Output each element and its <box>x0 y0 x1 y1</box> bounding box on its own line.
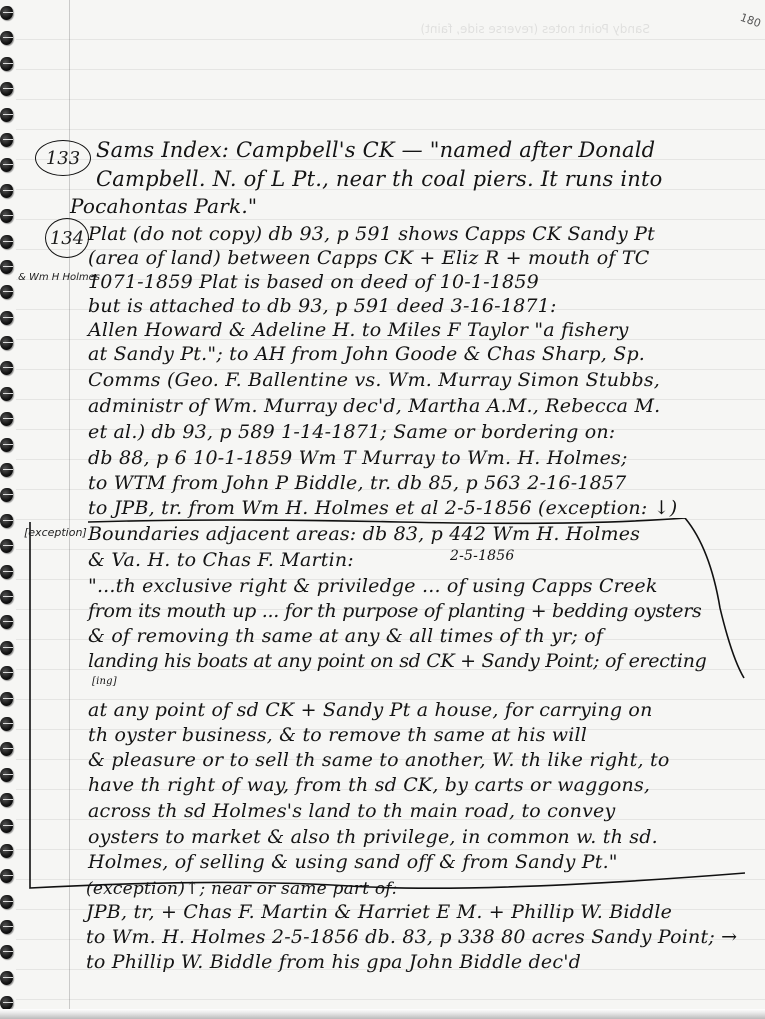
handwritten-line: oysters to market & also th privilege, i… <box>88 825 658 849</box>
handwritten-line: to WTM from John P Biddle, tr. db 85, p … <box>88 471 626 495</box>
spiral-ring <box>0 260 13 274</box>
handwritten-line: Pocahontas Park." <box>70 194 257 218</box>
date-annotation: 2-5-1856 <box>450 544 515 568</box>
spiral-ring <box>0 209 13 223</box>
handwritten-line: at Sandy Pt."; to AH from John Goode & C… <box>88 342 645 366</box>
handwritten-line: "...th exclusive right & priviledge ... … <box>88 574 658 598</box>
spiral-ring <box>0 565 13 579</box>
spiral-ring <box>0 793 13 807</box>
spiral-ring <box>0 768 13 782</box>
spiral-ring <box>0 641 13 655</box>
spiral-ring <box>0 539 13 553</box>
handwritten-line: to Wm. H. Holmes 2-5-1856 db. 83, p 338 … <box>86 925 737 949</box>
spiral-ring <box>0 412 13 426</box>
handwritten-line: 1071-1859 Plat is based on deed of 10-1-… <box>88 270 539 294</box>
spiral-ring <box>0 285 13 299</box>
handwritten-line: th oyster business, & to remove th same … <box>88 723 587 747</box>
spiral-ring <box>0 235 13 249</box>
handwritten-line: JPB, tr, + Chas F. Martin & Harriet E M.… <box>86 900 672 924</box>
handwritten-line: Boundaries adjacent areas: db 83, p 442 … <box>88 522 640 546</box>
page-bottom-edge <box>0 1009 765 1019</box>
handwritten-line: db 88, p 6 10-1-1859 Wm T Murray to Wm. … <box>88 446 628 470</box>
handwritten-line: Sams Index: Campbell's CK — "named after… <box>96 138 655 162</box>
handwritten-line: at any point of sd CK + Sandy Pt a house… <box>88 698 653 722</box>
handwritten-line: Campbell. N. of L Pt., near th coal pier… <box>96 167 662 191</box>
handwritten-line: & pleasure or to sell th same to another… <box>88 748 669 772</box>
spiral-ring <box>0 108 13 122</box>
spiral-ring <box>0 488 13 502</box>
spiral-ring <box>0 336 13 350</box>
spiral-binding <box>0 0 16 1019</box>
spiral-ring <box>0 31 13 45</box>
spiral-ring <box>0 133 13 147</box>
spiral-ring <box>0 742 13 756</box>
spiral-ring <box>0 438 13 452</box>
handwritten-line: Comms (Geo. F. Ballentine vs. Wm. Murray… <box>88 368 660 392</box>
exception-label: [exception] <box>24 526 87 539</box>
spiral-ring <box>0 57 13 71</box>
spiral-ring <box>0 590 13 604</box>
spiral-ring <box>0 82 13 96</box>
spiral-ring <box>0 844 13 858</box>
handwritten-line: (exception)↑; near or same part of: <box>86 877 398 901</box>
spiral-ring <box>0 920 13 934</box>
handwritten-line: et al.) db 93, p 589 1-14-1871; Same or … <box>88 420 615 444</box>
handwritten-line: & of removing th same at any & all times… <box>88 624 603 648</box>
handwritten-line: administr of Wm. Murray dec'd, Martha A.… <box>88 394 660 418</box>
spiral-ring <box>0 869 13 883</box>
spiral-ring <box>0 184 13 198</box>
spiral-ring <box>0 666 13 680</box>
handwritten-line: Plat (do not copy) db 93, p 591 shows Ca… <box>88 222 655 246</box>
handwritten-line: to Phillip W. Biddle from his gpa John B… <box>86 950 581 974</box>
handwritten-line: Holmes, of selling & using sand off & fr… <box>88 850 618 874</box>
handwritten-line: but is attached to db 93, p 591 deed 3-1… <box>88 294 557 318</box>
handwritten-line: (area of land) between Capps CK + Eliz R… <box>88 246 649 270</box>
spiral-ring <box>0 895 13 909</box>
spiral-ring <box>0 692 13 706</box>
notebook-page: Sandy Point notes (reverse side, faint) … <box>0 0 765 1019</box>
spiral-ring <box>0 819 13 833</box>
handwritten-line: to JPB, tr. from Wm H. Holmes et al 2-5-… <box>88 496 677 520</box>
handwritten-line: have th right of way, from th sd CK, by … <box>88 773 650 797</box>
spiral-ring <box>0 945 13 959</box>
entry-number-circle: 133 <box>35 140 91 176</box>
spiral-ring <box>0 387 13 401</box>
entry-number: 133 <box>46 148 80 169</box>
handwritten-line: Allen Howard & Adeline H. to Miles F Tay… <box>88 318 629 342</box>
insert-note: [ing] <box>92 670 117 694</box>
spiral-ring <box>0 615 13 629</box>
spiral-ring <box>0 6 13 20</box>
handwritten-line: from its mouth up ... for th purpose of … <box>88 599 701 623</box>
handwritten-line: & Va. H. to Chas F. Martin: <box>88 548 354 572</box>
bleed-through-text: Sandy Point notes (reverse side, faint) <box>90 20 650 110</box>
spiral-ring <box>0 463 13 477</box>
spiral-ring <box>0 311 13 325</box>
handwritten-line: landing his boats at any point on sd CK … <box>88 649 707 673</box>
handwritten-line: across th sd Holmes's land to th main ro… <box>88 799 615 823</box>
spiral-ring <box>0 361 13 375</box>
entry-number: 134 <box>50 228 84 249</box>
spiral-ring <box>0 971 13 985</box>
spiral-ring <box>0 158 13 172</box>
spiral-ring <box>0 514 13 528</box>
entry-number-circle: 134 <box>45 218 89 258</box>
spiral-ring <box>0 717 13 731</box>
